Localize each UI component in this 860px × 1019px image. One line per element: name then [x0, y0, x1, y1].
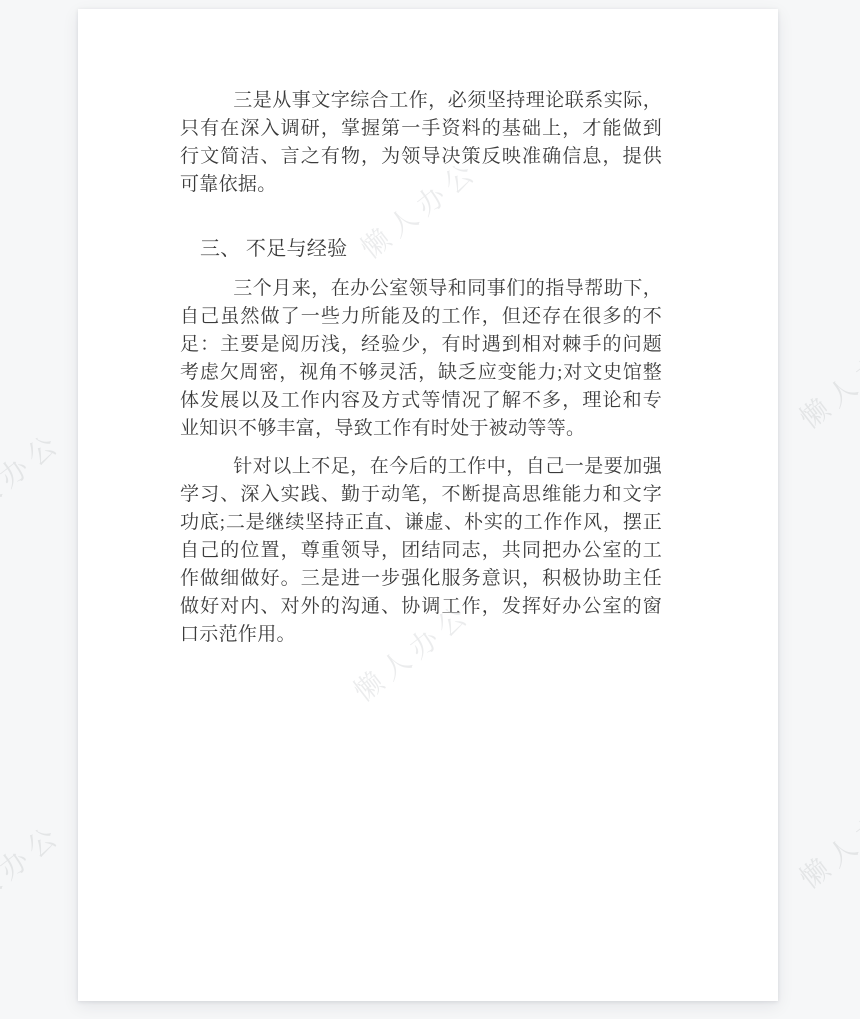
watermark-text: 懒人办公 — [0, 813, 69, 931]
paragraph-improvement-plan: 针对以上不足，在今后的工作中，自己一是要加强学习、深入实践、勤于动笔，不断提高思… — [180, 453, 662, 649]
document-viewer[interactable]: 三是从事文字综合工作，必须坚持理论联系实际，只有在深入调研，掌握第一手资料的基础… — [0, 0, 860, 1019]
document-page: 三是从事文字综合工作，必须坚持理论联系实际，只有在深入调研，掌握第一手资料的基础… — [78, 9, 778, 1001]
watermark-text: 懒人办公 — [791, 779, 860, 897]
section-heading-shortcomings: 三、 不足与经验 — [180, 235, 662, 263]
watermark-text: 懒人办公 — [791, 319, 860, 437]
watermark-text: 懒人办公 — [0, 421, 69, 539]
paragraph-shortcomings: 三个月来，在办公室领导和同事们的指导帮助下，自己虽然做了一些力所能及的工作，但还… — [180, 275, 662, 443]
paragraph-work-summary: 三是从事文字综合工作，必须坚持理论联系实际，只有在深入调研，掌握第一手资料的基础… — [180, 87, 662, 199]
